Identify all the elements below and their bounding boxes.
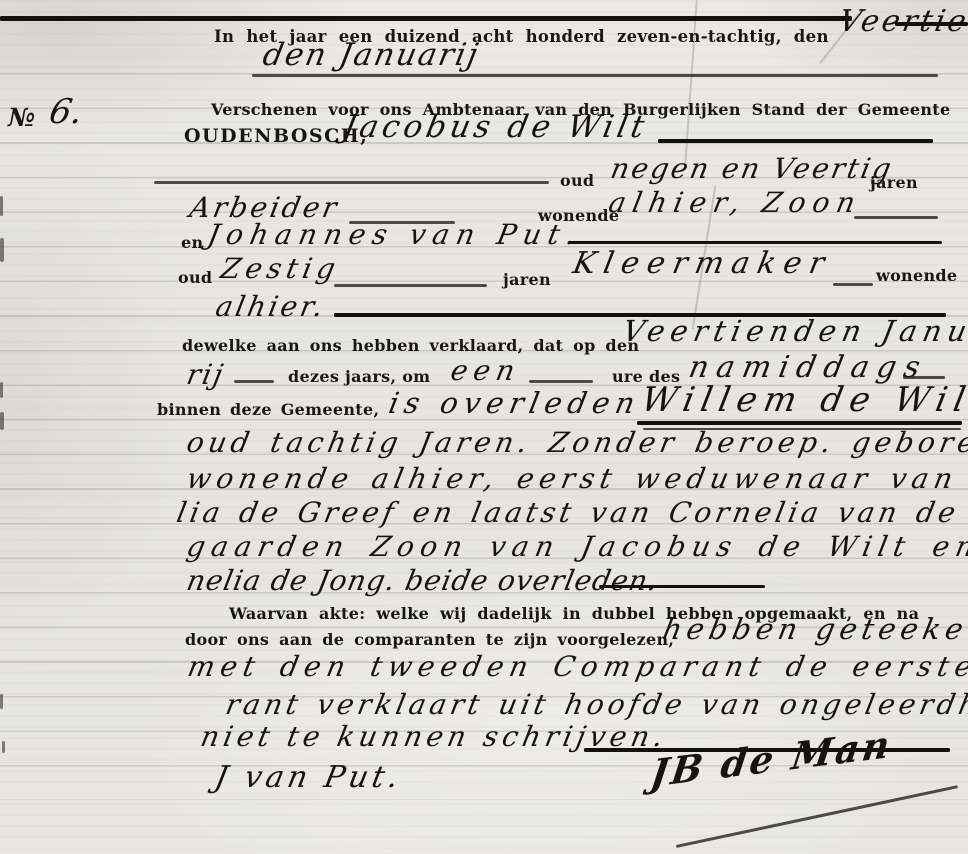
blank-line [833, 283, 873, 286]
hand-deceased-details-line: oud tachtig Jaren. Zonder beroep. gebore… [184, 426, 968, 459]
hand-declarant1-age: negen en Veertig [608, 152, 896, 185]
printed-age-suffix: jaren [870, 173, 918, 192]
hand-closing-line2: met den tweeden Comparant de eerste Comp… [185, 650, 968, 683]
hand-declarant2-occupation: Kleermaker [570, 246, 835, 281]
blank-line [568, 241, 942, 244]
act-number-symbol: № [8, 103, 35, 132]
printed-residence2-label: wonende [876, 266, 957, 285]
blank-dash [903, 376, 945, 379]
form-rule-top [0, 16, 852, 21]
hand-death-date-part1: Veertienden Janua [620, 314, 968, 348]
signature-official: JB de Man [648, 721, 895, 796]
hand-deceased-details-line: lia de Greef en laatst van Cornelia van … [174, 496, 968, 529]
printed-declaration-intro: dewelke aan ons hebben verklaard, dat op… [182, 336, 639, 355]
signature-declarant: J van Put. [212, 760, 405, 795]
deceased-underline [637, 421, 962, 425]
hand-day-of-month: Veertien . [836, 4, 968, 39]
blank-line [854, 216, 938, 219]
hand-deceased-name: Willem de Wilt [638, 380, 968, 420]
hand-declarant2-residence: alhier. [213, 290, 329, 323]
blank-line [334, 284, 487, 287]
printed-age-prefix: oud [560, 171, 594, 190]
printed-dezes-jaars: dezes jaars, om [288, 367, 430, 386]
hand-declarant1-residence: alhier, Zoon [606, 186, 865, 219]
blank-line [154, 181, 549, 184]
blank-dash [234, 380, 274, 383]
hand-declarant2-age: Zestig [218, 252, 343, 285]
printed-and-label: en [181, 233, 203, 252]
hand-death-date-part2: rij [184, 358, 227, 391]
hand-is-overleden: is overleden [386, 386, 644, 420]
printed-age2-prefix: oud [178, 268, 212, 287]
printed-closing-line2: door ons aan de comparanten te zijn voor… [185, 630, 674, 649]
hand-declarant2-name: Johannes van Put. [205, 218, 586, 251]
death-record-scan: In het jaar een duizend acht honderd zev… [0, 0, 968, 854]
printed-age2-suffix: jaren [503, 270, 551, 289]
blank-line [599, 585, 765, 588]
hand-deceased-details-line: nelia de Jong. beide overleden. [184, 564, 661, 597]
hand-deceased-details-line: gaarden Zoon van Jacobus de Wilt en Cor [184, 530, 968, 563]
hand-declarant1-name: Jacobus de Wilt [340, 109, 651, 145]
signature-flourish [676, 785, 958, 847]
hand-deceased-details-line: wonende alhier, eerst weduwenaar van Cor… [184, 462, 968, 495]
blank-dash [529, 380, 593, 383]
blank-line [252, 74, 938, 77]
printed-place: binnen deze Gemeente, [157, 400, 379, 419]
hand-closing-line3: rant verklaart uit hoofde van ongeleerdh… [223, 688, 968, 721]
act-number-value: 6. [46, 92, 86, 132]
hand-month: den Januarij [260, 37, 483, 73]
hand-hour: een [448, 354, 524, 387]
hand-closing-signed: hebben geteekend [660, 612, 968, 646]
blank-line [658, 139, 933, 143]
